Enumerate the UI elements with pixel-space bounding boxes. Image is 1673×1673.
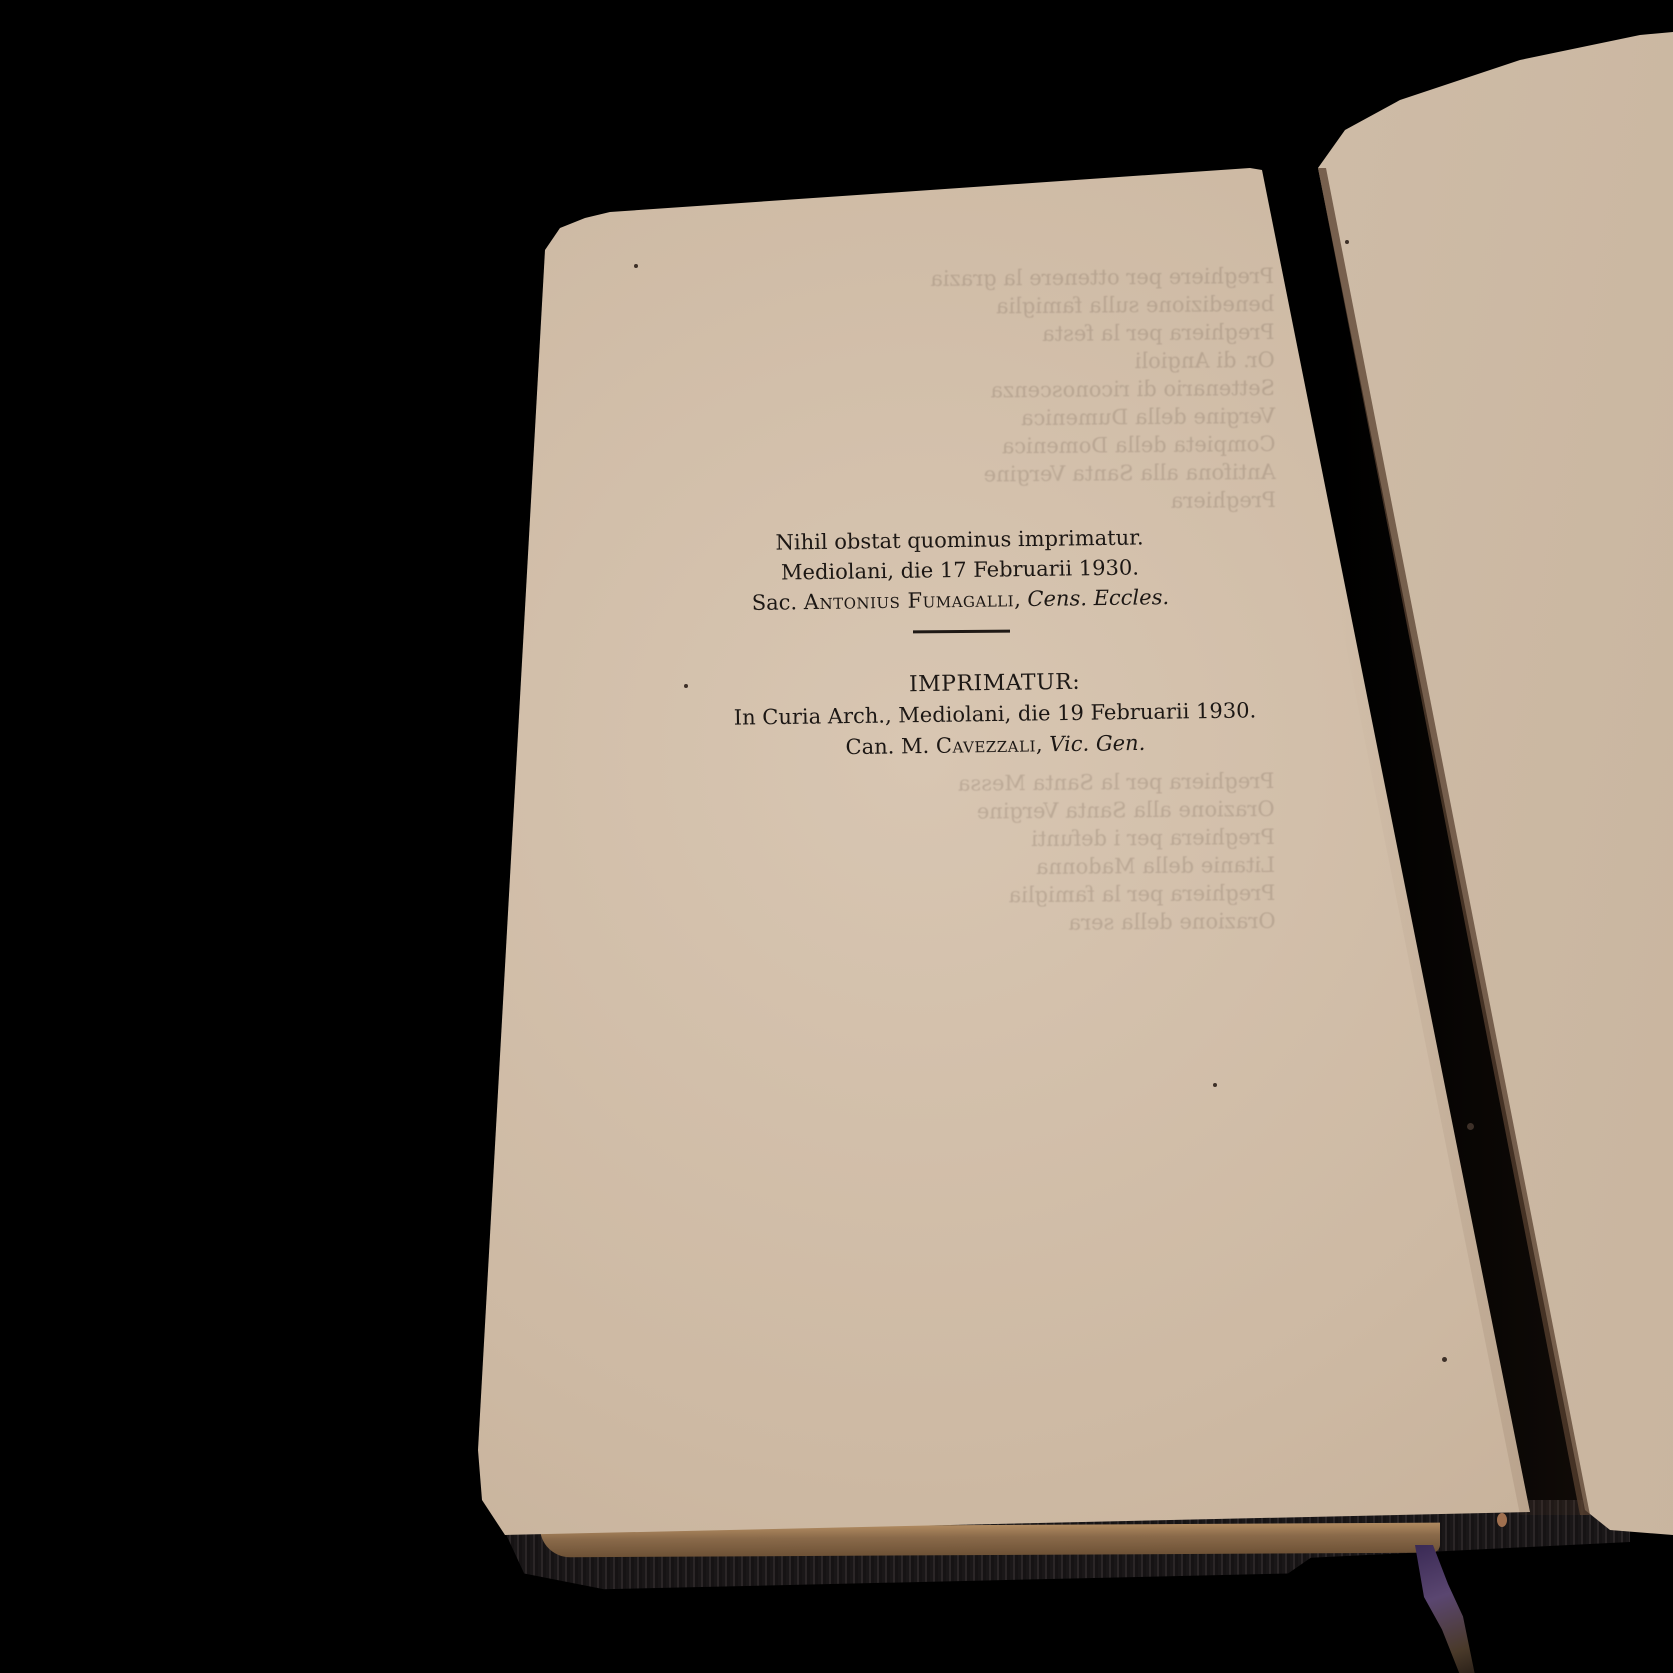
- censor-separator: ,: [1014, 587, 1028, 611]
- imprimatur-block: IMPRIMATUR: In Curia Arch., Mediolani, d…: [649, 663, 1340, 766]
- nihil-obstat-block: Nihil obstat quominus imprimatur. Mediol…: [619, 520, 1300, 619]
- censor-name: Antonius Fumagalli: [804, 587, 1015, 614]
- vicar-prefix: Can. M.: [845, 734, 936, 759]
- vicar-title: Vic. Gen.: [1049, 731, 1145, 756]
- ribbon-bookmark: [1415, 1545, 1475, 1673]
- bleed-through-text-bottom: Preghiera per la Santa Messa Orazione al…: [574, 767, 1275, 941]
- bleed-through-text-top: Preghiere per ottenere la grazia benediz…: [574, 262, 1276, 520]
- censor-title: Cens. Eccles.: [1027, 585, 1169, 611]
- vicar-separator: ,: [1036, 732, 1050, 756]
- censor-prefix: Sac.: [752, 590, 804, 615]
- vicar-name: Cavezzali: [936, 732, 1036, 757]
- paper-stain: [1497, 1513, 1507, 1527]
